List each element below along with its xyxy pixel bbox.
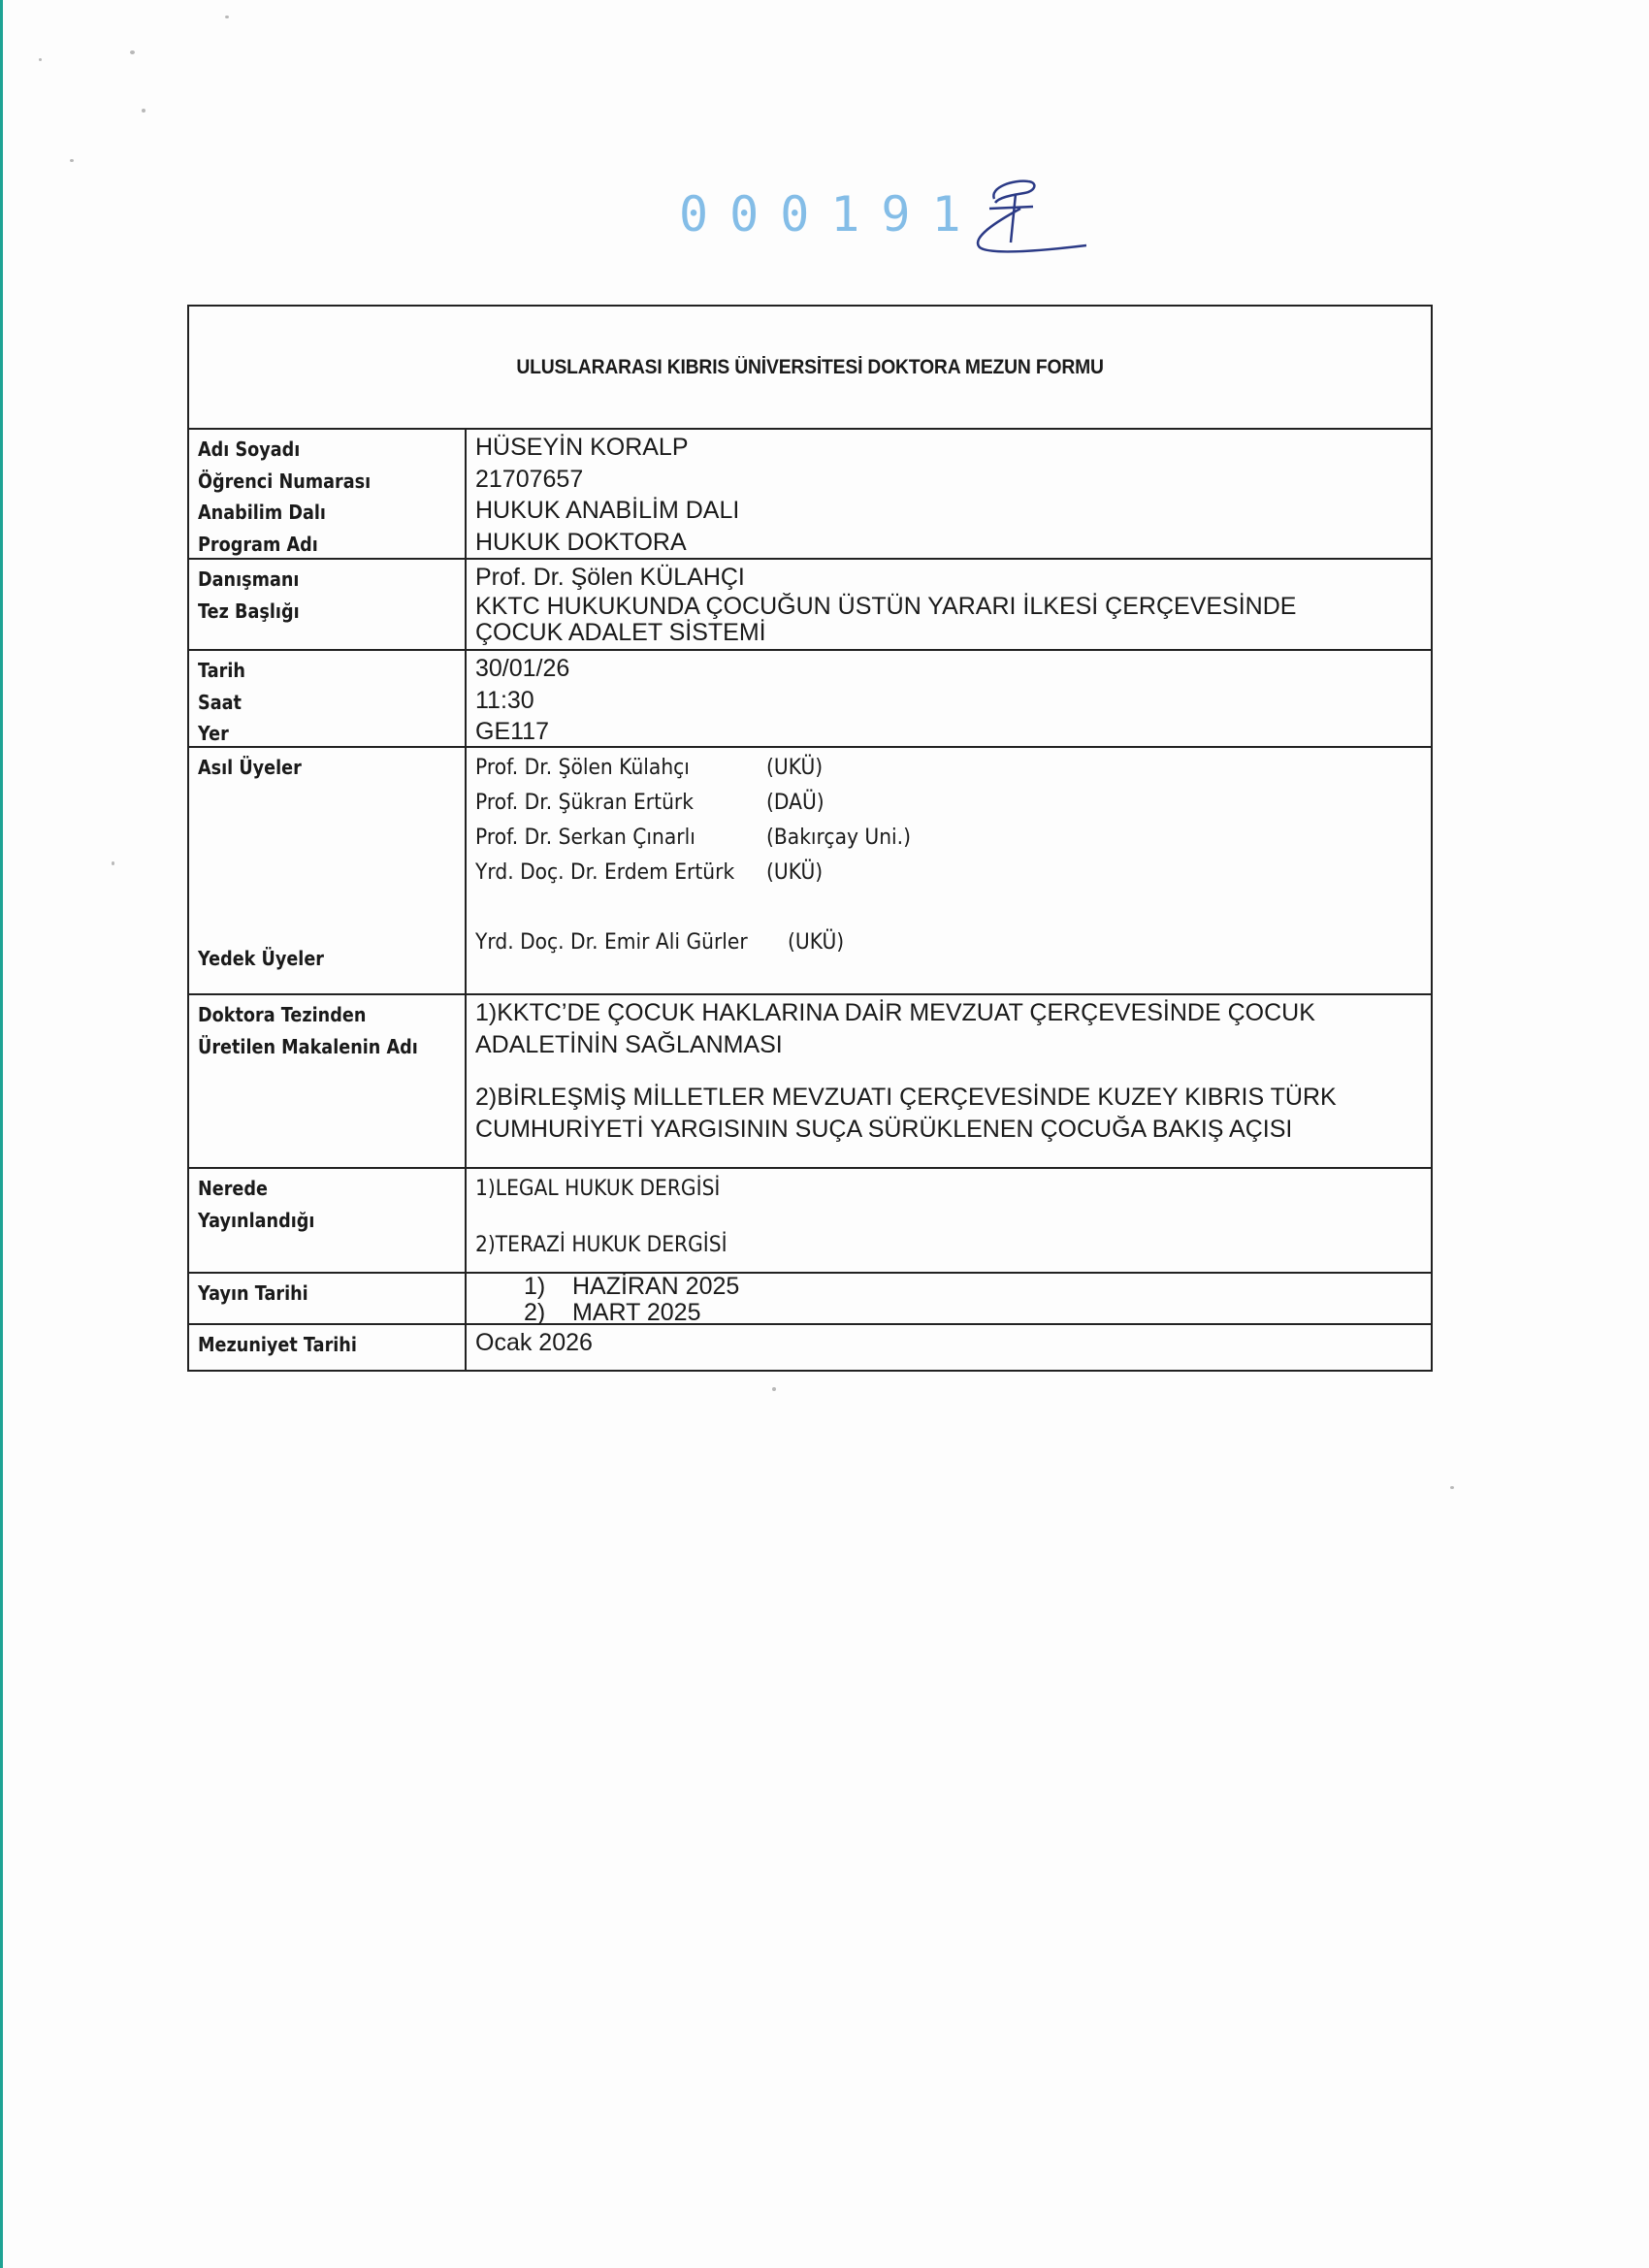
committee-row: Asıl Üyeler Yedek Üyeler Prof. Dr. Şölen… (189, 748, 1431, 995)
scan-speck (225, 16, 229, 18)
member-affiliation: (DAÜ) (766, 785, 824, 820)
signature-icon (960, 170, 1086, 262)
member-affiliation: (UKÜ) (766, 750, 823, 785)
published-in-row: Nerede Yayınlandığı 1)LEGAL HUKUK DERGİS… (189, 1169, 1431, 1274)
label-graduation-date: Mezuniyet Tarihi (198, 1329, 421, 1361)
value-name: HÜSEYİN KORALP (475, 432, 1423, 464)
value-location: GE117 (475, 716, 1423, 748)
value-thesis-title-line: KKTC HUKUKUNDA ÇOCUĞUN ÜSTÜN YARARI İLKE… (475, 594, 1423, 620)
member-name: Prof. Dr. Serkan Çınarlı (475, 820, 737, 855)
label-principal-members: Asıl Üyeler (198, 752, 421, 784)
member-name: Prof. Dr. Şükran Ertürk (475, 785, 737, 820)
label-advisor: Danışmanı (198, 564, 421, 596)
value-date: 30/01/26 (475, 653, 1423, 685)
label-student-number: Öğrenci Numarası (198, 466, 421, 498)
value-department: HUKUK ANABİLİM DALI (475, 495, 1423, 527)
committee-member: Prof. Dr. Şölen Külahçı (UKÜ) (475, 750, 1423, 785)
advisor-row: Danışmanı Tez Başlığı Prof. Dr. Şölen KÜ… (189, 560, 1431, 651)
committee-member: Prof. Dr. Şükran Ertürk (DAÜ) (475, 785, 1423, 820)
value-time: 11:30 (475, 685, 1423, 717)
committee-member: Yrd. Doç. Dr. Erdem Ertürk (UKÜ) (475, 855, 1423, 890)
label-publication-date: Yayın Tarihi (198, 1278, 421, 1310)
publication-date-item: 2) MART 2025 (475, 1300, 1423, 1326)
label-date: Tarih (198, 655, 421, 687)
label-time: Saat (198, 687, 421, 719)
member-name: Prof. Dr. Şölen Külahçı (475, 750, 737, 785)
scan-edge (0, 0, 3, 2268)
article-2-line: 2)BİRLEŞMİŞ MİLLETLER MEVZUATI ÇERÇEVESİ… (475, 1082, 1423, 1114)
scan-speck (142, 109, 145, 113)
article-2-line: CUMHURİYETİ YARGISININ SUÇA SÜRÜKLENEN Ç… (475, 1114, 1423, 1146)
label-substitute-members: Yedek Üyeler (198, 943, 324, 975)
committee-member: Prof. Dr. Serkan Çınarlı (Bakırçay Uni.) (475, 820, 1423, 855)
publication-date-row: Yayın Tarihi 1) HAZİRAN 2025 2) MART 202… (189, 1274, 1431, 1325)
value-student-number: 21707657 (475, 464, 1423, 496)
scan-speck (1450, 1486, 1454, 1489)
form-title-row: ULUSLARARASI KIBRIS ÜNİVERSİTESİ DOKTORA… (189, 307, 1431, 430)
label-location: Yer (198, 718, 421, 750)
value-program: HUKUK DOKTORA (475, 527, 1423, 559)
member-affiliation: (UKÜ) (788, 924, 844, 959)
label-program: Program Adı (198, 529, 421, 561)
scan-speck (130, 50, 135, 54)
articles-row: Doktora Tezinden Üretilen Makalenin Adı … (189, 995, 1431, 1169)
member-affiliation: (Bakırçay Uni.) (766, 820, 911, 855)
label-name: Adı Soyadı (198, 434, 421, 466)
scan-speck (39, 58, 42, 61)
label-articles-line: Üretilen Makalenin Adı (198, 1031, 421, 1063)
value-graduation-date: Ocak 2026 (475, 1327, 1423, 1359)
schedule-row: Tarih Saat Yer 30/01/26 11:30 GE117 (189, 651, 1431, 748)
label-published-in-line: Nerede (198, 1173, 421, 1205)
journal-2: 2)TERAZİ HUKUK DERGİSİ (475, 1227, 1328, 1262)
label-published-in-line: Yayınlandığı (198, 1205, 421, 1237)
graduation-form: ULUSLARARASI KIBRIS ÜNİVERSİTESİ DOKTORA… (187, 305, 1433, 1372)
article-1-line: 1)KKTC’DE ÇOCUK HAKLARINA DAİR MEVZUAT Ç… (475, 997, 1423, 1029)
scan-speck (70, 159, 74, 162)
member-name: Yrd. Doç. Dr. Emir Ali Gürler (475, 924, 748, 959)
scan-speck (772, 1387, 776, 1391)
graduation-date-row: Mezuniyet Tarihi Ocak 2026 (189, 1325, 1431, 1370)
publication-date-item: 1) HAZİRAN 2025 (475, 1274, 1423, 1300)
label-department: Anabilim Dalı (198, 497, 421, 529)
identity-row: Adı Soyadı Öğrenci Numarası Anabilim Dal… (189, 430, 1431, 560)
substitute-member: Yrd. Doç. Dr. Emir Ali Gürler (UKÜ) (475, 924, 1423, 959)
label-articles-line: Doktora Tezinden (198, 999, 421, 1031)
value-advisor: Prof. Dr. Şölen KÜLAHÇI (475, 562, 1423, 594)
article-1-line: ADALETİNİN SAĞLANMASI (475, 1029, 1423, 1061)
member-affiliation: (UKÜ) (766, 855, 823, 890)
document-number-stamp: 000191 (679, 186, 983, 243)
member-name: Yrd. Doç. Dr. Erdem Ertürk (475, 855, 737, 890)
form-title: ULUSLARARASI KIBRIS ÜNİVERSİTESİ DOKTORA… (516, 356, 1103, 379)
scan-speck (112, 861, 114, 865)
journal-1: 1)LEGAL HUKUK DERGİSİ (475, 1171, 1328, 1206)
label-thesis-title: Tez Başlığı (198, 596, 421, 628)
value-thesis-title-line: ÇOCUK ADALET SİSTEMİ (475, 620, 1423, 646)
